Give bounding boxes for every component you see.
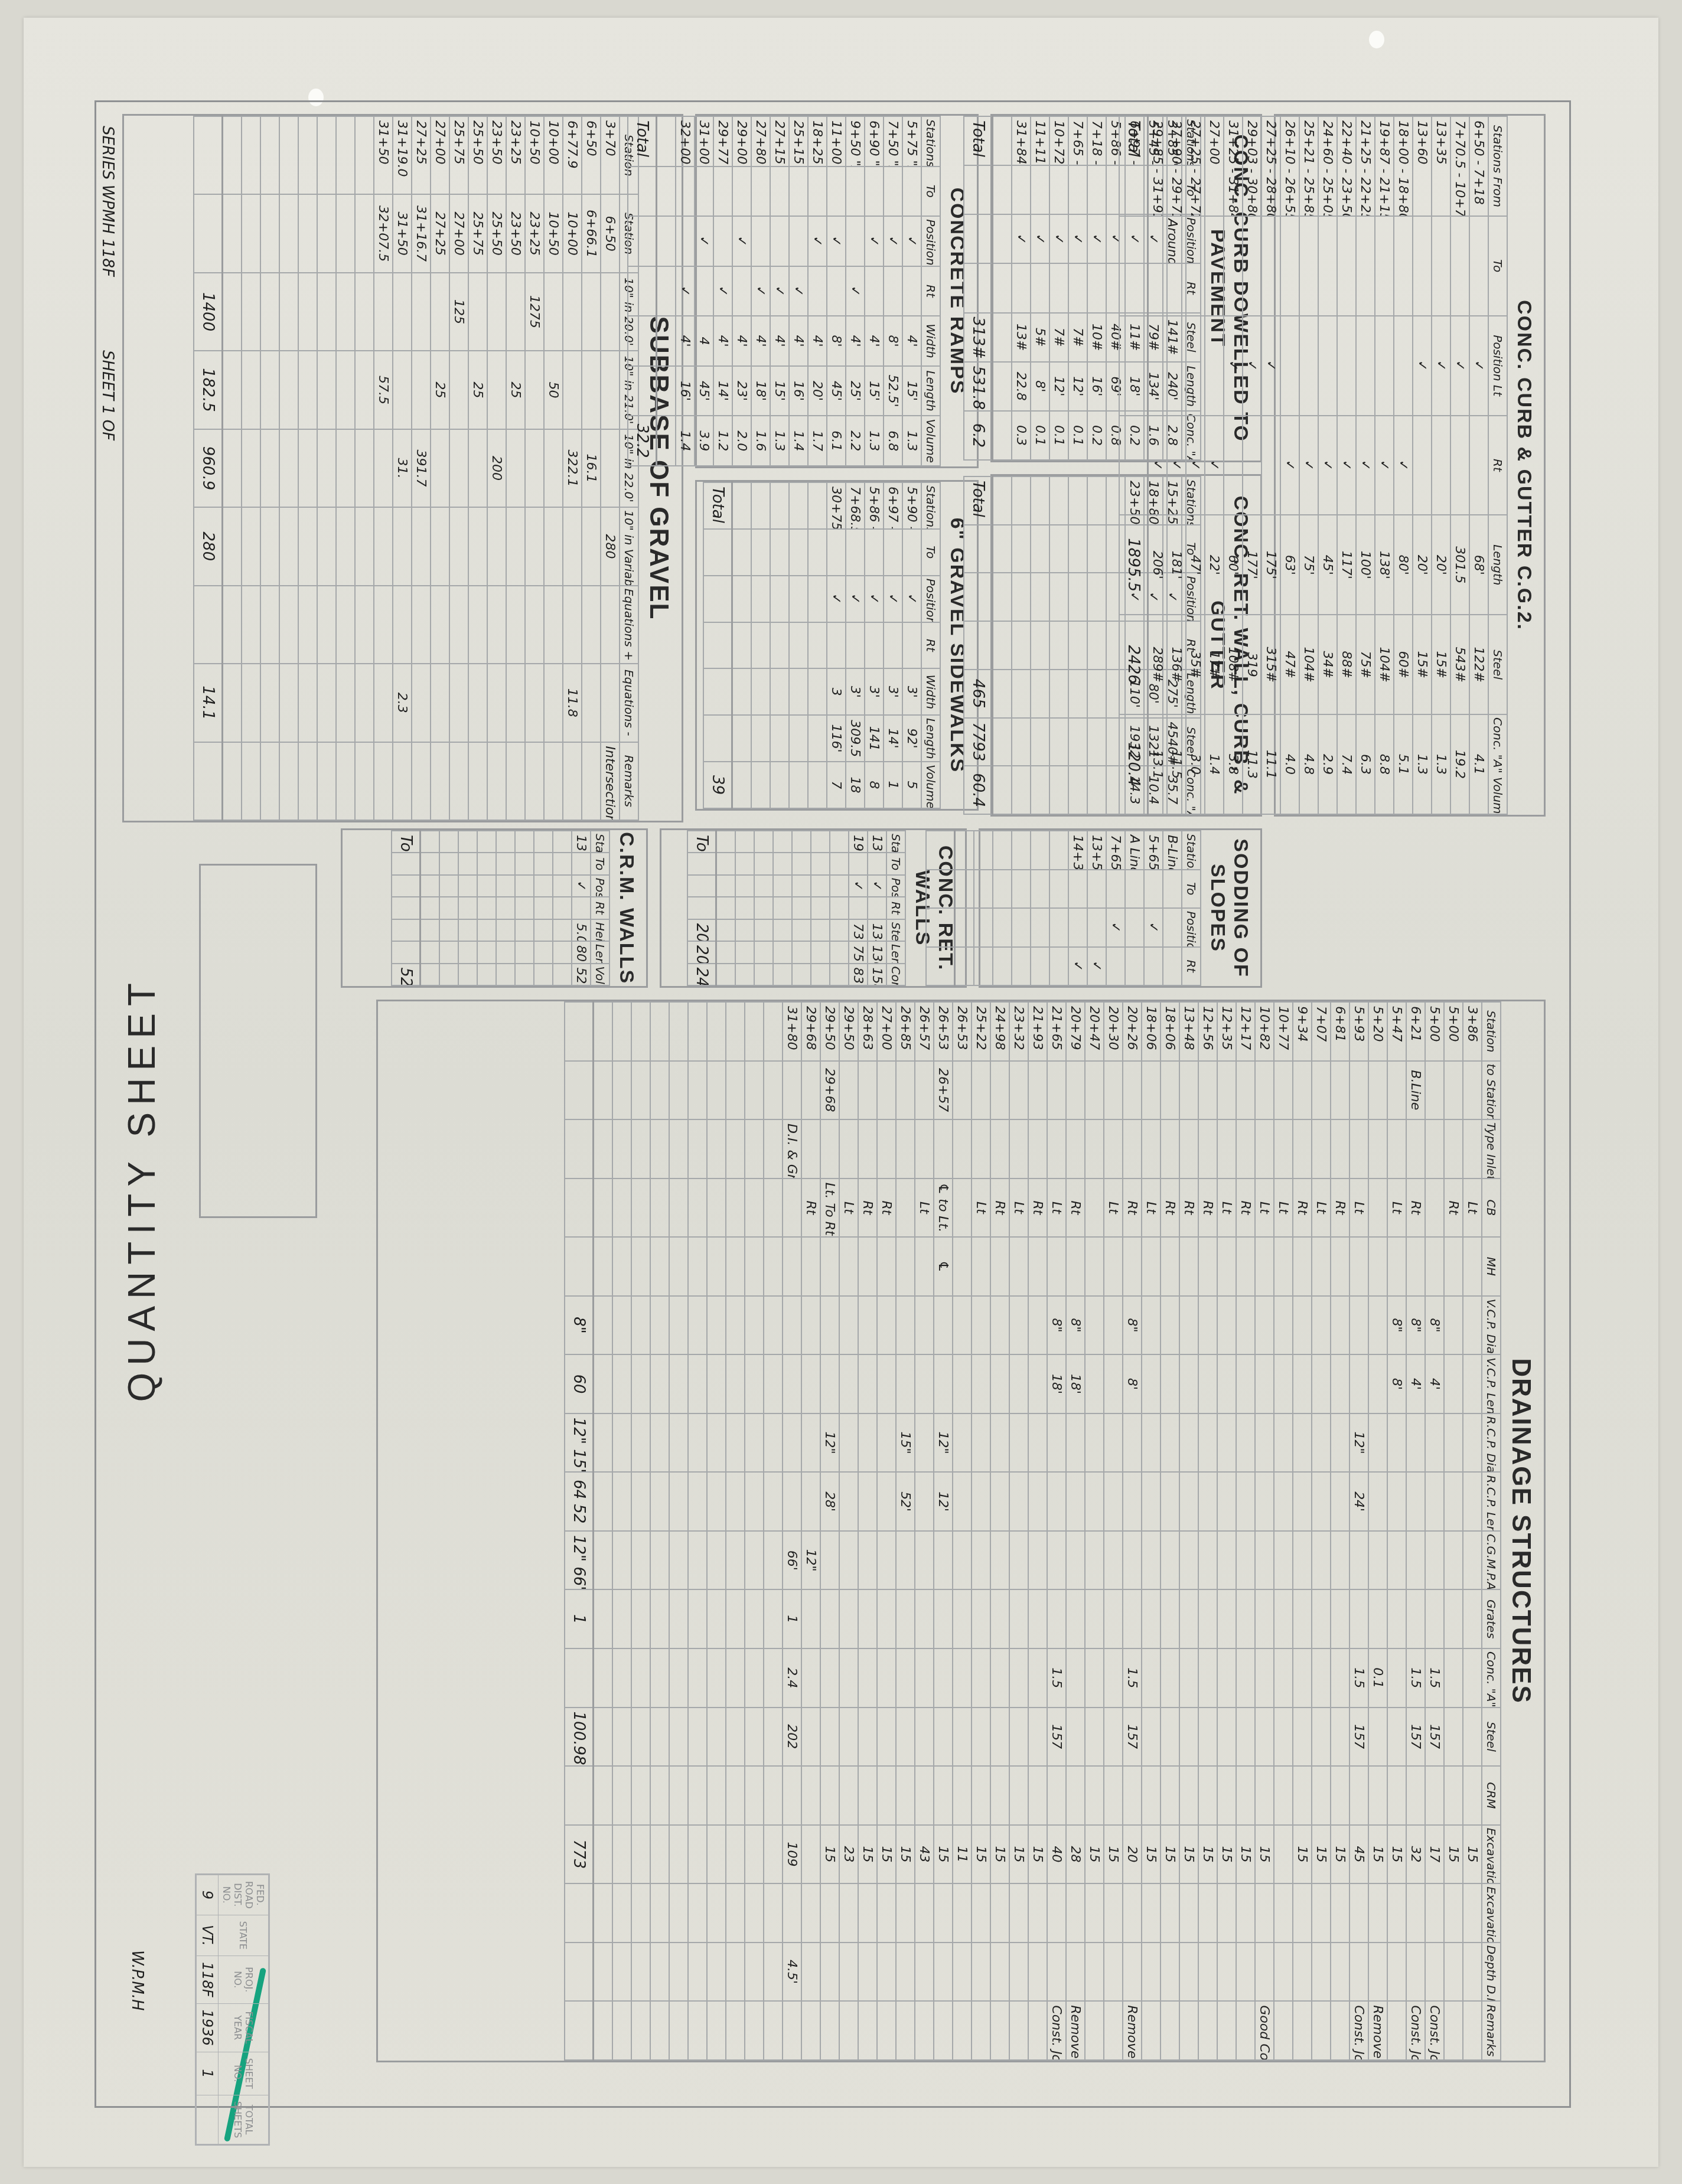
table-cell: Lt [1009,1178,1028,1238]
table-cell: ✓ [1224,316,1243,416]
table-cell: 3.8 [1224,714,1243,814]
table-cell: 0.1 [1068,411,1087,460]
empty-cell [745,1708,764,1767]
empty-cell [355,429,374,507]
table-cell: Lt [1217,1178,1236,1238]
empty-cell [732,482,752,529]
empty-cell [745,1061,764,1120]
table-cell: 20+47 [1085,1002,1104,1061]
table-cell: 24+98 [990,1002,1009,1061]
column-header: Rt [591,897,609,919]
table-row: 7+65 - 7+70.5✓7#12'0.1 [1068,116,1087,460]
total-cell [628,366,657,416]
total-cell: 52.5 [392,964,420,985]
table-cell [868,897,886,919]
empty-cell [754,964,773,985]
table-cell [1293,1413,1312,1473]
empty-cell [594,1708,613,1767]
table-cell: ✓ [1261,316,1280,416]
empty-cell [669,1648,688,1708]
table-cell [877,1708,896,1767]
table-cell [877,1589,896,1648]
empty-cell [773,897,792,919]
table-cell [582,273,601,351]
table-cell [1163,908,1182,947]
table-row: 10+72 - 10+82✓7#12'0.1 [1049,116,1068,460]
table-cell: 31+25 - 31+84.7 [1224,116,1243,216]
total-cell [565,1002,594,1061]
table-row: 29+03 - 30+80✓177'31911.3 [1243,116,1261,814]
table-cell [506,586,525,664]
column-header: Stations From [886,831,905,853]
table-cell: Lt [839,1178,858,1238]
table-cell [1186,216,1205,316]
table-cell [1331,2001,1349,2060]
empty-cell [789,622,808,669]
table-cell [1125,947,1144,986]
table-cell: 45' [695,366,713,416]
table-cell [1198,1766,1217,1825]
table-cell [1028,1883,1047,1943]
empty-cell [612,1708,631,1767]
table-cell: 25+50 [468,116,487,194]
table-cell: 68' [1469,515,1488,615]
table-cell [1463,1237,1482,1296]
empty-cell [993,670,1012,718]
empty-cell [993,525,1012,573]
table-cell [1255,1766,1274,1825]
empty-cell [811,831,830,853]
empty-cell [789,715,808,762]
empty-row [1012,831,1031,985]
empty-cell [594,1178,613,1238]
table-cell: 27+00 [877,1002,896,1061]
empty-cell [631,1237,650,1296]
empty-cell [260,664,279,742]
table-cell [1009,1531,1028,1590]
table-cell: 200 [487,429,506,507]
table-cell [412,664,431,742]
empty-cell [773,853,792,874]
table-cell [1142,1119,1161,1178]
empty-cell [707,1943,726,2002]
table-cell: 104# [1375,615,1394,714]
table-cell [896,1178,915,1238]
table-cell: 1.2 [713,416,732,466]
table-cell [1331,1296,1349,1355]
table-cell: ✓ [676,266,695,316]
table-cell [1066,1237,1085,1296]
table-cell [1255,1648,1274,1708]
table-cell: 4' [676,316,695,366]
empty-row [458,831,477,985]
table-cell [1085,1237,1104,1296]
table-cell [1179,1708,1198,1767]
empty-cell [650,1178,669,1238]
table-row: 23+2523+5025 [506,116,525,820]
table-cell: 8' [827,316,846,366]
data-table: Stations FromToPosition LtRtHeightLength… [391,830,610,986]
table-cell: ✓ [732,216,751,266]
empty-cell [336,429,355,507]
table-cell: ✓ [1068,947,1087,986]
table-cell [783,1237,801,1296]
empty-cell [1012,573,1031,621]
empty-cell [631,1648,650,1708]
column-header: Stations From [921,116,940,167]
table-cell: 134# [868,919,886,941]
empty-cell [534,897,553,919]
table-cell [1104,2001,1123,2060]
table-cell [1179,1648,1198,1708]
empty-row [1049,476,1068,814]
table-cell [820,1531,839,1590]
table-cell [1387,1472,1406,1531]
empty-cell [955,870,974,909]
empty-cell [298,742,317,821]
empty-cell [477,964,496,985]
table-cell: 4' [789,316,808,366]
table-cell: 24' [1349,1472,1368,1531]
table-cell: Rt [990,1178,1009,1238]
empty-cell [612,1413,631,1473]
empty-cell [515,831,534,853]
table-cell [506,273,525,351]
table-cell [431,586,449,664]
table-cell: 8' [1123,1354,1142,1413]
table-cell [972,2001,990,2060]
table-cell [1312,1943,1331,2002]
title-block-value: 1936 [197,2003,219,2052]
table-cell [877,1648,896,1708]
table-cell [1179,1883,1198,1943]
empty-cell [1012,476,1031,525]
column-header: Position Lt [921,576,940,622]
table-cell [449,507,468,585]
column-header: R.C.P. Diam [1482,1413,1501,1473]
total-cell: 6.2 [964,411,993,460]
column-header: Position Lt [1488,316,1507,416]
table-cell: 45' [827,366,846,416]
table-cell: 29+50 [820,1002,839,1061]
table-cell: 66' [783,1531,801,1590]
table-cell: 2.3 [393,664,412,742]
table-cell: 31+19.0 [393,116,412,194]
table-cell [877,1061,896,1120]
column-header: Equations - [620,664,638,742]
table-cell [990,1708,1009,1767]
table-cell [1148,316,1168,416]
table-cell [1085,1472,1104,1531]
empty-cell [1068,718,1087,766]
empty-row [515,831,534,985]
column-header: CRM [1482,1766,1501,1825]
table-cell: 4' [808,316,827,366]
empty-cell [1031,831,1049,870]
table-cell [1463,2001,1482,2060]
table-cell [1450,416,1469,515]
table-cell: 309.5 [846,715,865,762]
empty-cell [745,1002,764,1061]
table-cell [953,1061,972,1120]
table-row: 10+5023+251275 [525,116,544,820]
table-cell [544,742,563,821]
column-header: Height [591,919,609,941]
table-cell: 27+80 [751,116,770,167]
table-cell [1236,1766,1255,1825]
table-cell: 1.3 [902,416,921,466]
table-cell [1394,316,1413,416]
table-cell [1198,1883,1217,1943]
empty-row [1087,476,1106,814]
table-cell: 5+47 [1387,1002,1406,1061]
empty-row [773,831,792,985]
table-row: 5+75 "A"✓4'15'1.3 [902,116,921,466]
table-cell [1293,1648,1312,1708]
table-cell [1444,1237,1463,1296]
table-cell: 30+75 - 31+91 "A" [827,482,846,529]
table-row: 24+98Rt15 [990,1002,1009,2060]
table-cell [1028,1296,1047,1355]
empty-cell [993,313,1012,362]
total-cell [964,214,993,263]
table-cell: 1.5 [1123,1648,1142,1708]
empty-row [974,831,993,985]
table-cell [1463,1413,1482,1473]
table-cell [827,167,846,217]
empty-cell [808,668,827,715]
empty-cell [669,1002,688,1061]
title-block-value: 1 [197,2052,219,2095]
table-cell: Rt [1293,1178,1312,1238]
table-cell [1217,1119,1236,1178]
table-cell [820,1296,839,1355]
empty-cell [1012,718,1031,766]
total-cell [687,853,716,874]
table-cell [1161,1061,1179,1120]
empty-cell [420,941,440,963]
column-header: Volume cu.yd. [921,762,940,808]
table-cell: 6+21 [1406,1002,1425,1061]
table-cell [1318,316,1337,416]
empty-cell [1012,670,1031,718]
empty-cell [553,964,572,985]
empty-cell [657,116,676,167]
table-title: CONC. CURB & GUTTER C.G.2. [1508,116,1544,815]
table-cell: 25 [506,351,525,429]
empty-cell [355,664,374,742]
empty-row [1031,831,1049,985]
total-cell [628,167,657,217]
table-cell [1274,1589,1293,1648]
table-cell [1274,1883,1293,1943]
table-cell [915,1413,934,1473]
empty-row [808,482,827,808]
table-cell: 18' [1047,1354,1066,1413]
empty-cell [974,870,993,909]
empty-cell [773,919,792,941]
total-cell [565,1119,594,1178]
empty-cell [631,1002,650,1061]
column-header: Rt [1488,416,1507,515]
empty-cell [223,194,242,272]
empty-cell [223,429,242,507]
table-cell [1425,1531,1444,1590]
empty-cell [594,1354,613,1413]
empty-cell [1087,525,1106,573]
table-cell [839,1237,858,1296]
table-cell [1161,1119,1179,1178]
table-cell [1368,1531,1387,1590]
data-table: Stations FromToPosition LtRtWidthLengthV… [703,482,941,809]
empty-cell [650,1943,669,2002]
table-cell: 5+00 [1444,1002,1463,1061]
empty-cell [317,664,336,742]
total-label: Total [703,482,732,529]
table-cell [601,429,620,507]
table-cell [487,742,506,821]
table-cell: 20' [808,366,827,416]
total-cell [1119,316,1148,416]
empty-cell [420,919,440,941]
table-cell [877,1883,896,1943]
table-cell [1255,1708,1274,1767]
table-cell: ✓ [695,216,713,266]
title-block-header: FED. ROAD DIST. NO. [219,1875,269,1915]
table-cell: ✓ [1432,316,1450,416]
empty-cell [789,762,808,808]
table-cell: 26+10 - 26+55 [1280,116,1299,216]
empty-cell [745,1296,764,1355]
table-cell [1293,1883,1312,1943]
table-row: 27+2531+16.7391.7 [412,116,431,820]
empty-cell [751,715,770,762]
column-header: Conc. "A" Volume cu.yd. [886,964,905,985]
empty-cell [754,853,773,874]
empty-cell [745,1825,764,1884]
table-cell [858,1943,877,2002]
table-cell: 29+68 [820,1061,839,1120]
table-row: 29+5029+68Lt. To Rt.12"28'15 [820,1002,839,2060]
table-cell: 15 [1387,1825,1406,1884]
empty-cell [993,621,1012,670]
table-cell [1085,1589,1104,1648]
empty-cell [650,1296,669,1355]
table-cell: ✓ [884,216,902,266]
table-cell: 15 [972,1825,990,1884]
table-cell: 10# [1087,313,1106,362]
table-cell [972,1119,990,1178]
table-cell [1413,416,1432,515]
table-cell: 18' [751,366,770,416]
table-cell: 15 [1312,1825,1331,1884]
table-cell: 15# [1413,615,1432,714]
table-cell [858,2001,877,2060]
table-cell [1293,1237,1312,1296]
table-cell: 13+35 [1432,116,1450,216]
column-header: Position Lt [1182,908,1201,947]
table-cell [1049,165,1068,214]
table-cell [783,1472,801,1531]
empty-cell [974,908,993,947]
table-cell [1349,1943,1368,2002]
empty-cell [439,875,458,897]
table-cell [1161,1589,1179,1648]
table-cell [858,1472,877,1531]
table-cell [839,1531,858,1590]
table-row: 27+00Rt15 [877,1002,896,2060]
table-cell [1198,1061,1217,1120]
table-cell [801,1413,820,1473]
table-row: 21+25 - 22+25✓100'75#6.3 [1356,116,1375,814]
table-cell: 23+25 [506,116,525,194]
table-cell [393,742,412,821]
table-cell [934,1883,953,1943]
table-cell [902,167,921,217]
column-header: Steel [1488,615,1507,714]
table-cell [1085,1061,1104,1120]
table-cell [1009,2001,1028,2060]
total-label: Total [687,831,716,853]
table-cell [953,1296,972,1355]
table-title: DRAINAGE STRUCTURES [1501,1001,1544,2061]
table-cell [1236,2001,1255,2060]
empty-cell [811,853,830,874]
empty-cell [534,919,553,941]
table-cell [1123,1531,1142,1590]
table-cell [1106,870,1125,909]
table-cell: 52.5 [572,964,591,985]
table-cell [1123,1883,1142,1943]
column-header: Stations From [921,482,940,529]
table-cell [801,1296,820,1355]
empty-cell [650,1119,669,1178]
table-cell [506,429,525,507]
table-cell [1425,1943,1444,2002]
table-cell [934,1943,953,2002]
table-cell [1142,1531,1161,1590]
table-cell [1066,1119,1085,1178]
table-cell: 11.5 [1167,714,1186,814]
empty-cell [669,2001,688,2060]
table-cell: 8' [884,316,902,366]
table-row: 27+25 - 28+80✓175'315#11.1 [1261,116,1280,814]
table-cell: 19+87 - 21+15 [1375,116,1394,216]
empty-cell [612,1766,631,1825]
empty-row [745,1002,764,2060]
table-cell [1198,1354,1217,1413]
table-cell [1463,1766,1482,1825]
table-cell: 13+60 [1413,116,1432,216]
table-cell [934,1708,953,1767]
empty-cell [1049,870,1068,909]
table-cell: Const. Jct. Box [1349,2001,1368,2060]
empty-cell [594,2001,613,2060]
table-cell [1425,1766,1444,1825]
table-cell: 2.4 [783,1648,801,1708]
table-cell [1274,2001,1293,2060]
empty-cell [993,908,1012,947]
table-cell: 80' [1394,515,1413,615]
empty-cell [669,1766,688,1825]
empty-cell [298,664,317,742]
table-cell: 15 [1293,1825,1312,1884]
table-cell: 26+85 [896,1002,915,1061]
table-cell [1161,1237,1179,1296]
table-cell [858,1354,877,1413]
table-cell [506,507,525,585]
table-cell [896,1531,915,1590]
